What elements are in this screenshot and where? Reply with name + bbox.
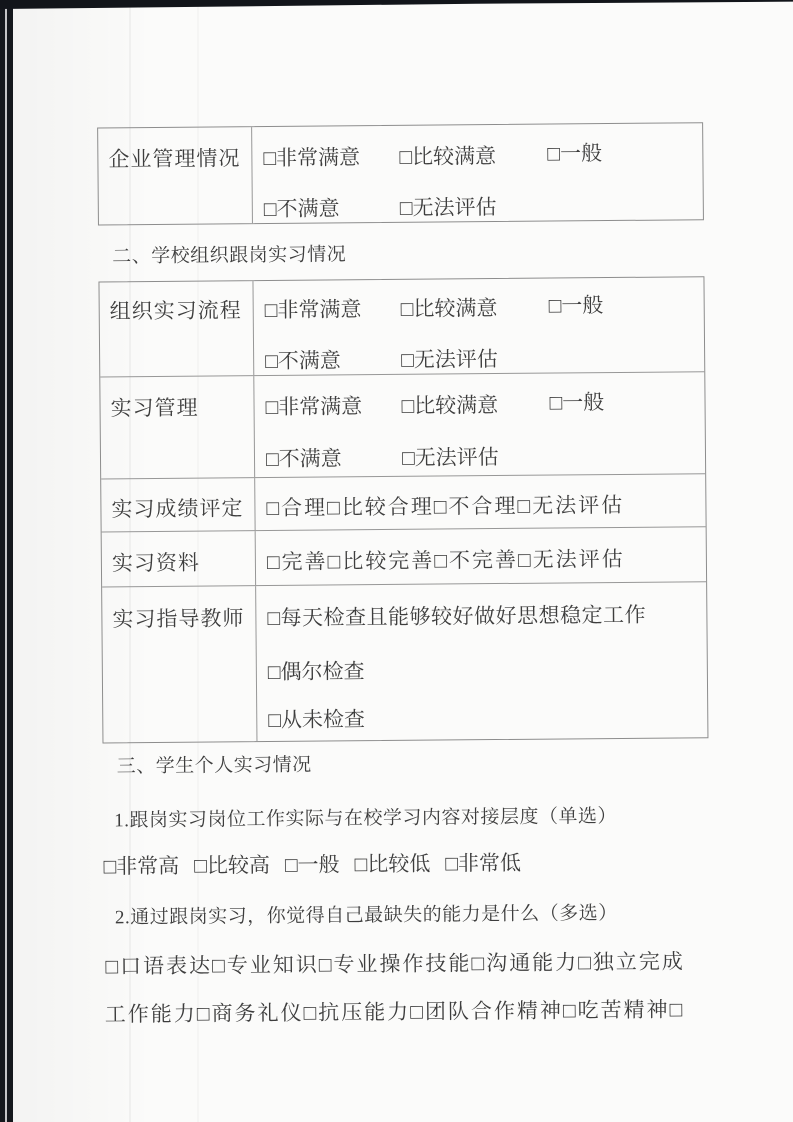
checkbox-option: □无法评估	[402, 441, 499, 472]
checkbox-option: □比较满意	[401, 292, 498, 323]
question-1-text: 1.跟岗实习岗位工作实际与在校学习内容对接层度（单选）	[114, 801, 617, 832]
checkbox-option: □每天检查且能够较好做好思想稳定工作	[267, 599, 646, 632]
section-2-title: 二、学校组织跟岗实习情况	[112, 239, 346, 268]
checkbox-option: □非常高	[103, 850, 179, 881]
question-1-options: □非常高 □比较高 □一般 □比较低 □非常低	[103, 847, 521, 881]
checkbox-option: □不满意	[264, 192, 340, 223]
school-internship-table: 组织实习流程 □非常满意 □比较满意 □一般 □不满意 □无法评估 实习管理 □…	[98, 276, 708, 743]
checkbox-option: □非常满意	[263, 141, 360, 172]
checkbox-option: □非常满意	[265, 390, 362, 421]
options-cell: □非常满意 □比较满意 □一般 □不满意 □无法评估	[254, 372, 705, 477]
section-3-title: 三、学生个人实习情况	[117, 750, 312, 779]
row-label: 实习成绩评定	[101, 478, 255, 531]
table-row: 实习资料 □完善□比较完善□不完善□无法评估	[102, 526, 706, 586]
scanned-survey-page: 企业管理情况 □非常满意 □比较满意 □一般 □不满意 □无法评估 二、学校组织…	[0, 0, 793, 1122]
checkbox-option: □无法评估	[400, 191, 497, 222]
table-row: 企业管理情况 □非常满意 □比较满意 □一般 □不满意 □无法评估	[98, 123, 703, 224]
page-content: 企业管理情况 □非常满意 □比较满意 □一般 □不满意 □无法评估 二、学校组织…	[0, 0, 793, 1122]
row-label: 实习管理	[100, 376, 255, 478]
row-label: 组织实习流程	[99, 281, 254, 376]
options-cell: □非常满意 □比较满意 □一般 □不满意 □无法评估	[252, 123, 703, 223]
scan-edge-left	[0, 0, 13, 1122]
row-label: 企业管理情况	[98, 127, 253, 224]
checkbox-option: □不满意	[266, 442, 342, 473]
row-label: 实习指导教师	[102, 586, 257, 742]
checkbox-option: □比较高	[194, 849, 270, 880]
question-2-option-line: □口语表达□专业知识□专业操作技能□沟通能力□独立完成	[105, 945, 685, 980]
checkbox-option: □比较满意	[401, 389, 498, 420]
table-row: 实习成绩评定 □合理□比较合理□不合理□无法评估	[101, 473, 705, 531]
checkbox-option: □一般	[285, 848, 340, 878]
checkbox-option: □偶尔检查	[268, 655, 365, 686]
checkbox-option-line: □完善□比较完善□不完善□无法评估	[267, 543, 625, 576]
question-2-option-line: 工作能力□商务礼仪□抗压能力□团队合作精神□吃苦精神□	[105, 993, 685, 1028]
table-row: 组织实习流程 □非常满意 □比较满意 □一般 □不满意 □无法评估	[99, 277, 704, 376]
checkbox-option: □比较满意	[399, 140, 496, 171]
checkbox-option: □比较低	[354, 848, 430, 879]
table-row: 实习管理 □非常满意 □比较满意 □一般 □不满意 □无法评估	[100, 371, 705, 478]
options-cell: □每天检查且能够较好做好思想稳定工作 □偶尔检查 □从未检查	[256, 582, 707, 741]
options-cell: □合理□比较合理□不合理□无法评估	[255, 474, 705, 530]
row-label: 实习资料	[102, 531, 256, 586]
options-cell: □非常满意 □比较满意 □一般 □不满意 □无法评估	[253, 277, 704, 375]
checkbox-option: □无法评估	[401, 343, 498, 374]
scan-edge-highlight	[5, 0, 7, 1122]
checkbox-option: □一般	[547, 137, 602, 167]
checkbox-option: □一般	[549, 289, 604, 319]
options-cell: □完善□比较完善□不完善□无法评估	[256, 527, 706, 585]
table-row: 实习指导教师 □每天检查且能够较好做好思想稳定工作 □偶尔检查 □从未检查	[102, 581, 707, 742]
checkbox-option: □非常低	[445, 847, 521, 878]
company-management-table: 企业管理情况 □非常满意 □比较满意 □一般 □不满意 □无法评估	[97, 122, 704, 225]
checkbox-option: □非常满意	[265, 293, 362, 324]
checkbox-option: □一般	[549, 386, 604, 416]
checkbox-option-line: □合理□比较合理□不合理□无法评估	[266, 489, 624, 522]
question-2-text: 2.通过跟岗实习，你觉得自己最缺失的能力是什么（多选）	[115, 898, 618, 929]
checkbox-option: □不满意	[265, 344, 341, 375]
checkbox-option: □从未检查	[268, 703, 365, 734]
